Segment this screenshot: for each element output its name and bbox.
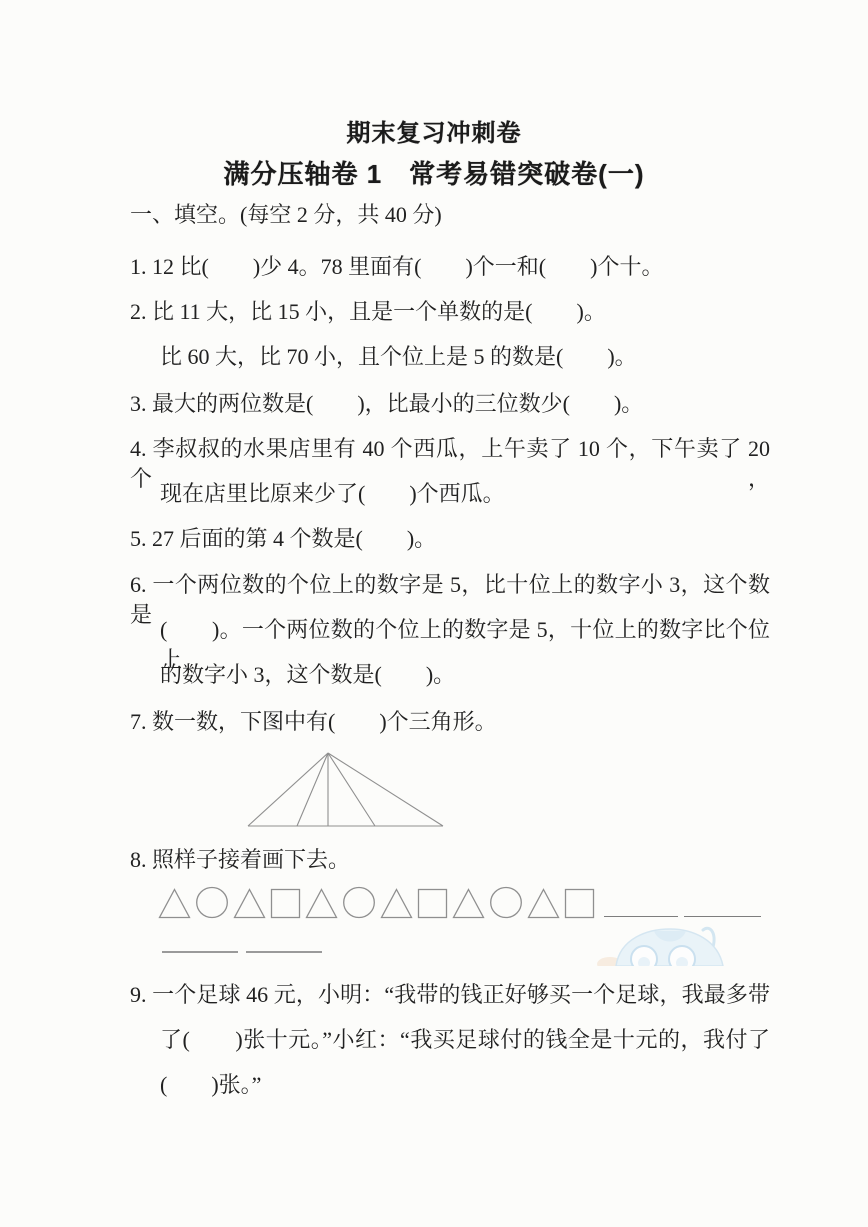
question-7: 7. 数一数，下图中有( )个三角形。 xyxy=(130,707,770,737)
answer-blank-line xyxy=(162,951,238,953)
pattern-shape-square xyxy=(270,888,301,919)
section-heading: 一、填空。(每空 2 分，共 40 分) xyxy=(130,200,770,230)
pattern-shape-circle xyxy=(342,886,376,919)
answer-blank-line xyxy=(246,951,322,953)
pattern-shape-triangle xyxy=(380,888,413,919)
question-9-line-1: 9. 一个足球 46 元，小明：“我带的钱正好够买一个足球，我最多带 xyxy=(130,980,770,1010)
worksheet-page: 期末复习冲刺卷 满分压轴卷 1 常考易错突破卷(一) 一、填空。(每空 2 分，… xyxy=(0,0,868,1227)
question-8: 8. 照样子接着画下去。 xyxy=(130,845,770,875)
question-5: 5. 27 后面的第 4 个数是( )。 xyxy=(130,524,770,554)
pattern-shape-triangle xyxy=(233,888,266,919)
question-9-line-2: 了( )张十元。”小红：“我买足球付的钱全是十元的，我付了 xyxy=(160,1025,770,1055)
question-4-line-2: 现在店里比原来少了( )个西瓜。 xyxy=(160,479,770,509)
pattern-shape-triangle xyxy=(452,888,485,919)
page-subtitle: 满分压轴卷 1 常考易错突破卷(一) xyxy=(0,154,868,191)
question-2-line-2: 比 60 大，比 70 小，且个位上是 5 的数是( )。 xyxy=(160,342,770,372)
pattern-shape-triangle xyxy=(158,888,191,919)
pattern-shape-triangle xyxy=(305,888,338,919)
triangle-figure xyxy=(240,746,450,835)
cartoon-watermark xyxy=(596,918,746,966)
question-9-line-3: ( )张。” xyxy=(160,1070,770,1100)
question-6-line-3: 的数字小 3，这个数是( )。 xyxy=(160,660,770,690)
question-2-line-1: 2. 比 11 大，比 15 小，且是一个单数的是( )。 xyxy=(130,297,770,327)
answer-blank-line xyxy=(684,916,761,917)
question-1: 1. 12 比( )少 4。78 里面有( )个一和( )个十。 xyxy=(130,252,770,282)
question-3: 3. 最大的两位数是( )，比最小的三位数少( )。 xyxy=(130,389,770,419)
pattern-shape-square xyxy=(564,888,595,919)
pattern-shape-circle xyxy=(195,886,229,919)
pattern-shape-triangle xyxy=(527,888,560,919)
answer-blank-line xyxy=(604,916,678,917)
pattern-shape-circle xyxy=(489,886,523,919)
page-title: 期末复习冲刺卷 xyxy=(0,113,868,148)
pattern-shape-square xyxy=(417,888,448,919)
pattern-row xyxy=(158,885,595,919)
